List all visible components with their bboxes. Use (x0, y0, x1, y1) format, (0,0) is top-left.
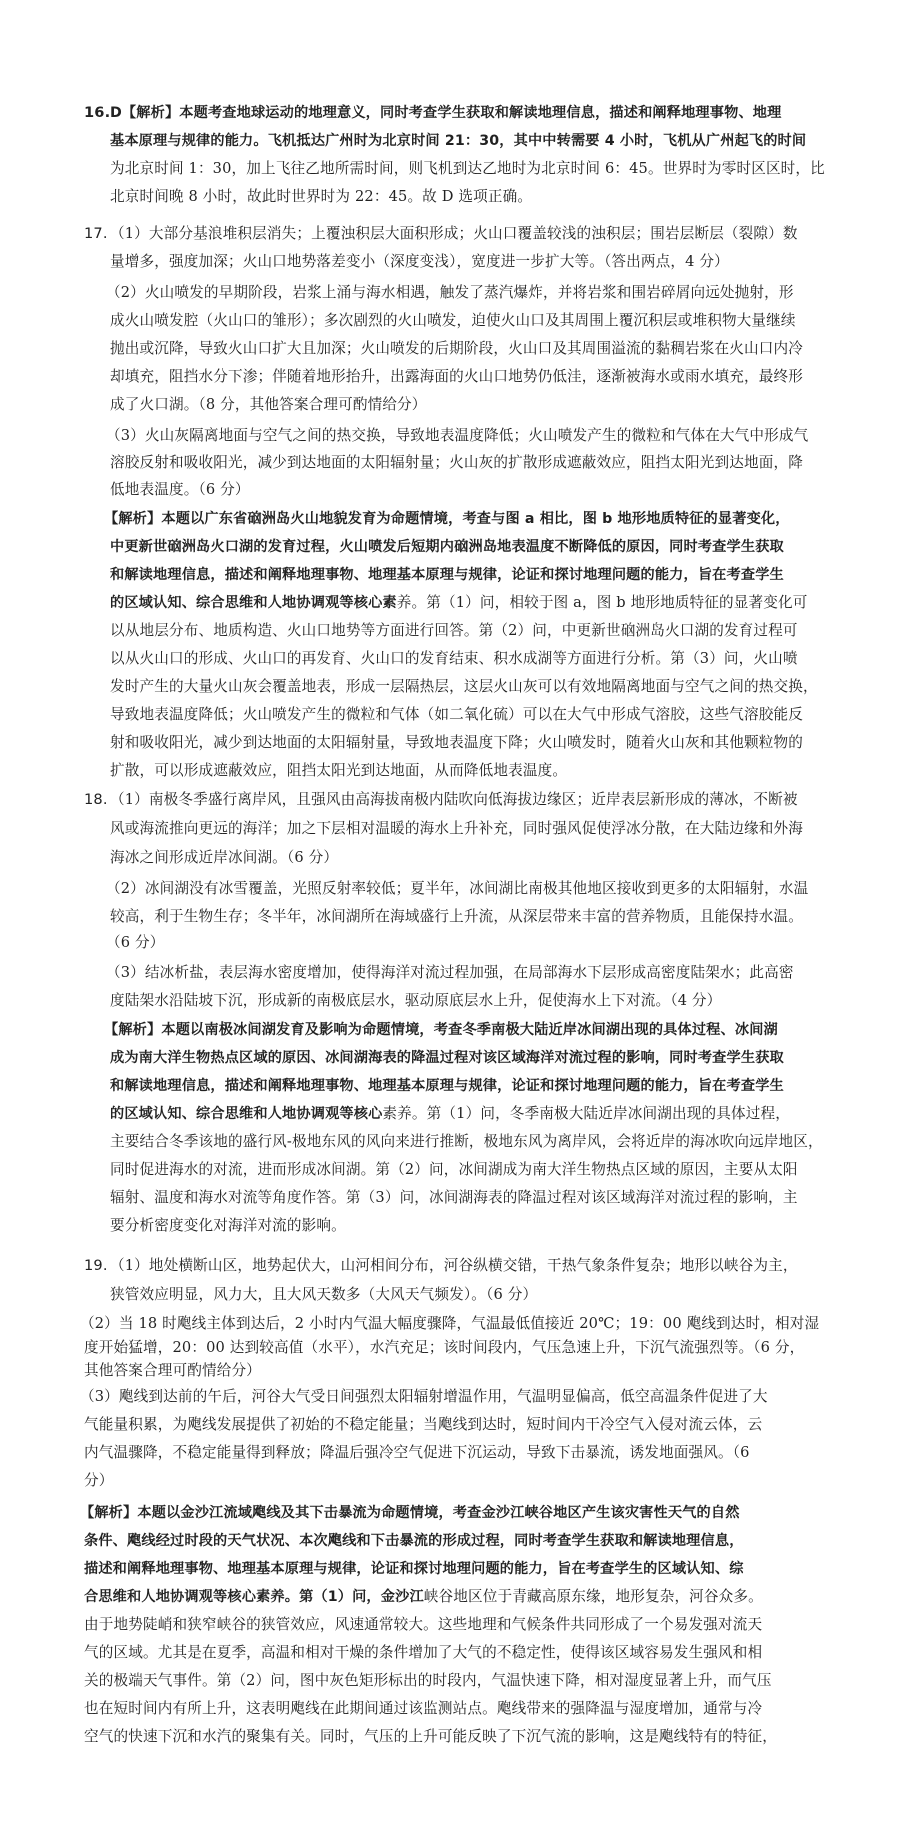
analysis-line: 条件、飑线经过时段的天气状况、本次飑线和下击暴流的形成过程，同时考查学生获取和解… (84, 1531, 744, 1551)
q17-answer-2-line: 成了火口湖。（8 分，其他答案合理可酌情给分） (110, 395, 427, 415)
q17-answer-2-line: 却填充，阻挡水分下渗；伴随着地形抬升，出露海面的火山口地势仍低洼，逐渐被海水或雨… (110, 367, 803, 387)
analysis-line: 中更新世硇洲岛火口湖的发育过程，火山喷发后短期内硇洲岛地表温度不断降低的原因，同… (110, 537, 784, 557)
q19-answer-3-line: （3）飑线到达前的午后，河谷大气受日间强烈太阳辐射增温作用，气温明显偏高，低空高… (80, 1387, 768, 1407)
q17-answer-3-line: 溶胶反射和吸收阳光，减少到达地面的太阳辐射量；火山灰的扩散形成遮蔽效应，阻挡太阳… (110, 453, 803, 473)
q17-answer-1-line: 量增多，强度加深；火山口地势落差变小（深度变浅），宽度进一步扩大等。（答出两点，… (110, 252, 729, 272)
analysis-line: 成为南大洋生物热点区域的原因、冰间湖海表的降温过程对该区域海洋对流过程的影响，同… (110, 1048, 784, 1068)
analysis-line: 【解析】本题以金沙江流域飑线及其下击暴流为命题情境，考查金沙江峡谷地区产生该灾害… (80, 1503, 740, 1523)
question-number: 18. (84, 790, 108, 810)
q19-answer-2-line: 其他答案合理可酌情给分） (84, 1361, 261, 1381)
analysis-line: 的区域认知、综合思维和人地协调观等核心素养。第（1）问，相较于图 a，图 b 地… (110, 593, 808, 613)
q19-answer-1-line: 狭管效应明显，风力大，且大风天数多（大风天气频发）。（6 分） (110, 1285, 537, 1305)
q18-answer-1-line: 海冰之间形成近岸冰间湖。（6 分） (110, 848, 338, 868)
analysis-line: 射和吸收阳光，减少到达地面的太阳辐射量，导致地表温度下降；火山喷发时，随着火山灰… (110, 733, 803, 753)
q19-answer-2-line: （2）当 18 时飑线主体到达后，2 小时内气温大幅度骤降，气温最低值接近 20… (80, 1314, 819, 1334)
q19-answer-3-line: 气能量积累，为飑线发展提供了初始的不稳定能量；当飑线到达时，短时间内干冷空气入侵… (84, 1415, 762, 1435)
analysis-line: 描述和阐释地理事物、地理基本原理与规律，论证和探讨地理问题的能力，旨在考查学生的… (84, 1559, 744, 1579)
q17-answer-2-line: 成火山喷发腔（火山口的雏形）；多次剧烈的火山喷发，迫使火山口及其周围上覆沉积层或… (110, 311, 796, 331)
q18-answer-2-line: 较高，利于生物生存；冬半年，冰间湖所在海域盛行上升流，从深层带来丰富的营养物质，… (110, 907, 803, 927)
q16-line: D【解析】本题考查地球运动的地理意义，同时考查学生获取和解读地理信息，描述和阐释… (110, 103, 781, 123)
analysis-line: 和解读地理信息，描述和阐释地理事物、地理基本原理与规律，论证和探讨地理问题的能力… (110, 1076, 784, 1096)
analysis-line: 气的区域。尤其是在夏季，高温和相对干燥的条件增加了大气的不稳定性，使得该区域容易… (84, 1643, 762, 1663)
q18-answer-2-line: （2）冰间湖没有冰雪覆盖，光照反射率较低；夏半年，冰间湖比南极其他地区接收到更多… (106, 879, 808, 899)
q17-answer-3-line: （3）火山灰隔离地面与空气之间的热交换，导致地表温度降低；火山喷发产生的微粒和气… (106, 426, 808, 446)
q19-answer-1-line: （1）地处横断山区，地势起伏大，山河相间分布，河谷纵横交错，干热气象条件复杂；地… (110, 1256, 798, 1276)
analysis-line: 导致地表温度降低；火山喷发产生的微粒和气体（如二氧化硫）可以在大气中形成气溶胶，… (110, 705, 803, 725)
analysis-line: 辐射、温度和海水对流等角度作答。第（3）问，冰间湖海表的降温过程对该区域海洋对流… (110, 1188, 798, 1208)
q16-line: 北京时间晚 8 小时，故此时世界时为 22：45。故 D 选项正确。 (110, 187, 532, 207)
analysis-line: 由于地势陡峭和狭窄峡谷的狭管效应，风速通常较大。这些地理和气候条件共同形成了一个… (84, 1615, 762, 1635)
q19-answer-2-line: 度开始猛增，20：00 达到较高值（水平），水汽充足；该时间段内，气压急速上升，… (84, 1338, 804, 1358)
answer-key-page: 16. D【解析】本题考查地球运动的地理意义，同时考查学生获取和解读地理信息，描… (0, 0, 900, 1834)
analysis-line: 合思维和人地协调观等核心素养。第（1）问，金沙江峡谷地区位于青藏高原东缘，地形复… (84, 1587, 763, 1607)
question-number: 19. (84, 1256, 108, 1276)
q18-answer-1-line: 风或海流推向更远的海洋；加之下层相对温暖的海水上升补充，同时强风促使浮冰分散，在… (110, 819, 803, 839)
q17-answer-2-line: （2）火山喷发的早期阶段，岩浆上涌与海水相遇，触发了蒸汽爆炸，并将岩浆和围岩碎屑… (106, 283, 794, 303)
analysis-line: 也在短时间内有所上升，这表明飑线在此期间通过该监测站点。飑线带来的强降温与湿度增… (84, 1699, 762, 1719)
analysis-line: 发时产生的大量火山灰会覆盖地表，形成一层隔热层，这层火山灰可以有效地隔离地面与空… (110, 677, 818, 697)
analysis-line: 要分析密度变化对海洋对流的影响。 (110, 1216, 346, 1236)
q18-answer-3-line: （3）结冰析盐，表层海水密度增加，使得海洋对流过程加强，在局部海水下层形成高密度… (106, 963, 794, 983)
analysis-line: 空气的快速下沉和水汽的聚集有关。同时，气压的上升可能反映了下沉气流的影响，这是飑… (84, 1727, 777, 1747)
q16-line: 为北京时间 1：30，加上飞往乙地所需时间，则飞机到达乙地时为北京时间 6：45… (110, 159, 825, 179)
analysis-line: 扩散，可以形成遮蔽效应，阻挡太阳光到达地面，从而降低地表温度。 (110, 761, 567, 781)
question-number: 17. (84, 224, 108, 244)
q19-answer-3-line: 内气温骤降，不稳定能量得到释放；降温后强冷空气促进下沉运动，导致下击暴流，诱发地… (84, 1443, 750, 1463)
q18-answer-2-line: （6 分） (106, 933, 164, 953)
q17-answer-2-line: 抛出或沉降，导致火山口扩大且加深；火山喷发的后期阶段，火山口及其周围溢流的黏稠岩… (110, 339, 803, 359)
question-number: 16. (84, 103, 110, 123)
q16-line: 基本原理与规律的能力。飞机抵达广州时为北京时间 21：30，其中中转需要 4 小… (110, 131, 806, 151)
analysis-line: 和解读地理信息，描述和阐释地理事物、地理基本原理与规律，论证和探讨地理问题的能力… (110, 565, 784, 585)
q17-answer-3-line: 低地表温度。（6 分） (110, 480, 250, 500)
analysis-line: 的区域认知、综合思维和人地协调观等核心素养。第（1）问，冬季南极大陆近岸冰间湖出… (110, 1104, 790, 1124)
q18-answer-3-line: 度陆架水沿陆坡下沉，形成新的南极底层水，驱动原底层水上升，促使海水上下对流。（4… (110, 991, 721, 1011)
analysis-line: 同时促进海水的对流，进而形成冰间湖。第（2）问，冰间湖成为南大洋生物热点区域的原… (110, 1160, 798, 1180)
q17-answer-1-line: （1）大部分基浪堆积层消失；上覆浊积层大面积形成；火山口覆盖较浅的浊积层；围岩层… (110, 224, 798, 244)
analysis-line: 以从火山口的形成、火山口的再发育、火山口的发育结束、积水成湖等方面进行分析。第（… (110, 649, 798, 669)
analysis-line: 以从地层分布、地质构造、火山口地势等方面进行回答。第（2）问，中更新世硇洲岛火口… (110, 621, 798, 641)
analysis-line: 【解析】本题以广东省硇洲岛火山地貌发育为命题情境，考查与图 a 相比，图 b 地… (104, 509, 790, 529)
analysis-line: 关的极端天气事件。第（2）问，图中灰色矩形标出的时段内，气温快速下降，相对湿度显… (84, 1671, 772, 1691)
q18-answer-1-line: （1）南极冬季盛行离岸风，且强风由高海拔南极内陆吹向低海拔边缘区；近岸表层新形成… (110, 790, 798, 810)
analysis-line: 主要结合冬季该地的盛行风-极地东风的风向来进行推断，极地东风为离岸风，会将近岸的… (110, 1132, 823, 1152)
analysis-line: 【解析】本题以南极冰间湖发育及影响为命题情境，考查冬季南极大陆近岸冰间湖出现的具… (104, 1020, 778, 1040)
q19-answer-3-line: 分） (84, 1471, 114, 1491)
